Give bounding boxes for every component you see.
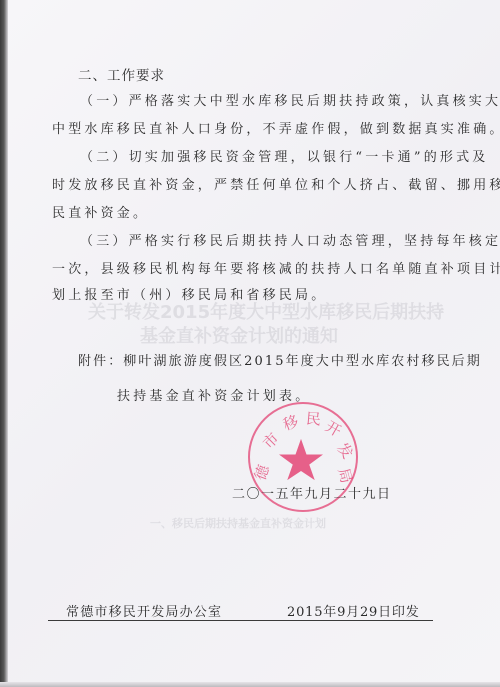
- footer-print-date: 2015年9月29日印发: [287, 601, 420, 620]
- bleed-title-line2: 基金直补资金计划的通知: [140, 322, 338, 348]
- section-heading: 二、工作要求: [78, 64, 165, 84]
- attachment-line-1: 附件：柳叶湖旅游度假区2015年度大中型水库农村移民后期: [78, 350, 482, 369]
- scan-left-edge: [0, 0, 8, 687]
- paragraph-2-line-1: （二）切实加强移民资金管理，以银行“一卡通”的形式及: [80, 146, 489, 165]
- scan-bottom-edge: [0, 682, 500, 687]
- paragraph-3-line-2: 一次，县级移民机构每年要将核减的扶持人口名单随直补项目计: [52, 258, 500, 277]
- seal-star-icon: [278, 438, 324, 482]
- issue-date: 二〇一五年九月二十九日: [232, 483, 392, 502]
- paragraph-3-line-3: 划上报至市（州）移民局和省移民局。: [52, 284, 327, 303]
- footer-issuer: 常德市移民开发局办公室: [66, 601, 222, 620]
- paragraph-1-line-1: （一）严格落实大中型水库移民后期扶持政策，认真核实大: [80, 90, 500, 109]
- bleed-section: 一、移民后期扶持基金直补资金计划: [150, 515, 326, 531]
- attachment-line-2: 扶持基金直补资金计划表。: [117, 385, 311, 404]
- footer-rule: [48, 620, 433, 621]
- paragraph-2-line-2: 时发放移民直补资金，严禁任何单位和个人挤占、截留、挪用移: [52, 174, 500, 193]
- paragraph-2-line-3: 民直补资金。: [52, 202, 149, 221]
- seal-char: 民: [305, 407, 322, 429]
- paragraph-3-line-1: （三）严格实行移民后期扶持人口动态管理，坚持每年核定: [80, 230, 500, 249]
- paragraph-1-line-2: 中型水库移民直补人口身份，不弄虚作假，做到数据真实准确。: [52, 118, 500, 137]
